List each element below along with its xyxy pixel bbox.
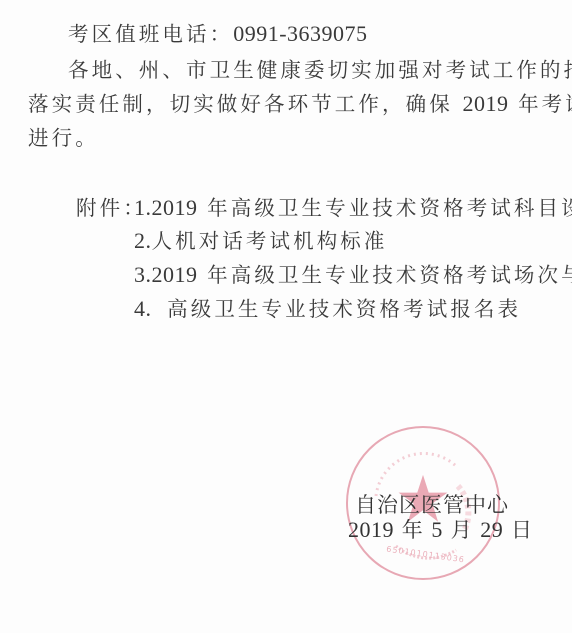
date-day-suffix: 日 <box>511 518 533 542</box>
attachment-number: 1. <box>134 195 152 220</box>
paragraph-line-2: 落实责任制，切实做好各环节工作，确保 2019 年考试顺利 <box>28 92 572 116</box>
signature-date: 2019 年 5 月 29 日 <box>348 514 533 544</box>
date-day: 29 <box>480 517 503 542</box>
paragraph-year: 2019 <box>462 91 508 116</box>
paragraph-text: 进行。 <box>28 126 99 150</box>
paragraph-text: 落实责任制，切实做好各环节工作，确保 <box>28 92 453 116</box>
hotline-label: 考区值班电话： <box>68 22 233 46</box>
paragraph-text: 年考试顺利 <box>518 92 572 116</box>
attachment-title: 高级卫生专业技术资格考试报名表 <box>167 297 521 321</box>
date-month-suffix: 月 <box>451 518 473 542</box>
attachment-number: 4. <box>134 296 152 321</box>
hotline-line: 考区值班电话：0991-3639075 <box>68 22 368 46</box>
attachment-year: 2019 <box>152 262 198 287</box>
paragraph-text: 各地、州、市卫生健康委切实加强对考试工作的指导， <box>68 58 572 82</box>
attachment-title: 年高级卫生专业技术资格考试科目设置表 <box>207 196 572 220</box>
attachment-number: 3. <box>134 262 152 287</box>
date-year: 2019 <box>348 517 394 542</box>
attachment-title: 年高级卫生专业技术资格考试场次与时间 <box>207 263 572 287</box>
date-year-suffix: 年 <box>402 518 424 542</box>
attachment-title: 人机对话考试机构标准 <box>152 229 388 253</box>
paragraph-line-3: 进行。 <box>28 126 99 150</box>
paragraph-line-1: 各地、州、市卫生健康委切实加强对考试工作的指导， <box>68 58 572 82</box>
attachment-year: 2019 <box>152 195 198 220</box>
attachment-item-1: 1.2019 年高级卫生专业技术资格考试科目设置表 <box>134 196 572 220</box>
date-month: 5 <box>431 517 443 542</box>
attachment-item-4: 4. 高级卫生专业技术资格考试报名表 <box>134 297 521 321</box>
hotline-number: 0991-3639075 <box>233 21 367 46</box>
attachment-number: 2. <box>134 228 152 253</box>
attachment-item-3: 3.2019 年高级卫生专业技术资格考试场次与时间 <box>134 263 572 287</box>
attachment-item-2: 2.人机对话考试机构标准 <box>134 229 388 253</box>
